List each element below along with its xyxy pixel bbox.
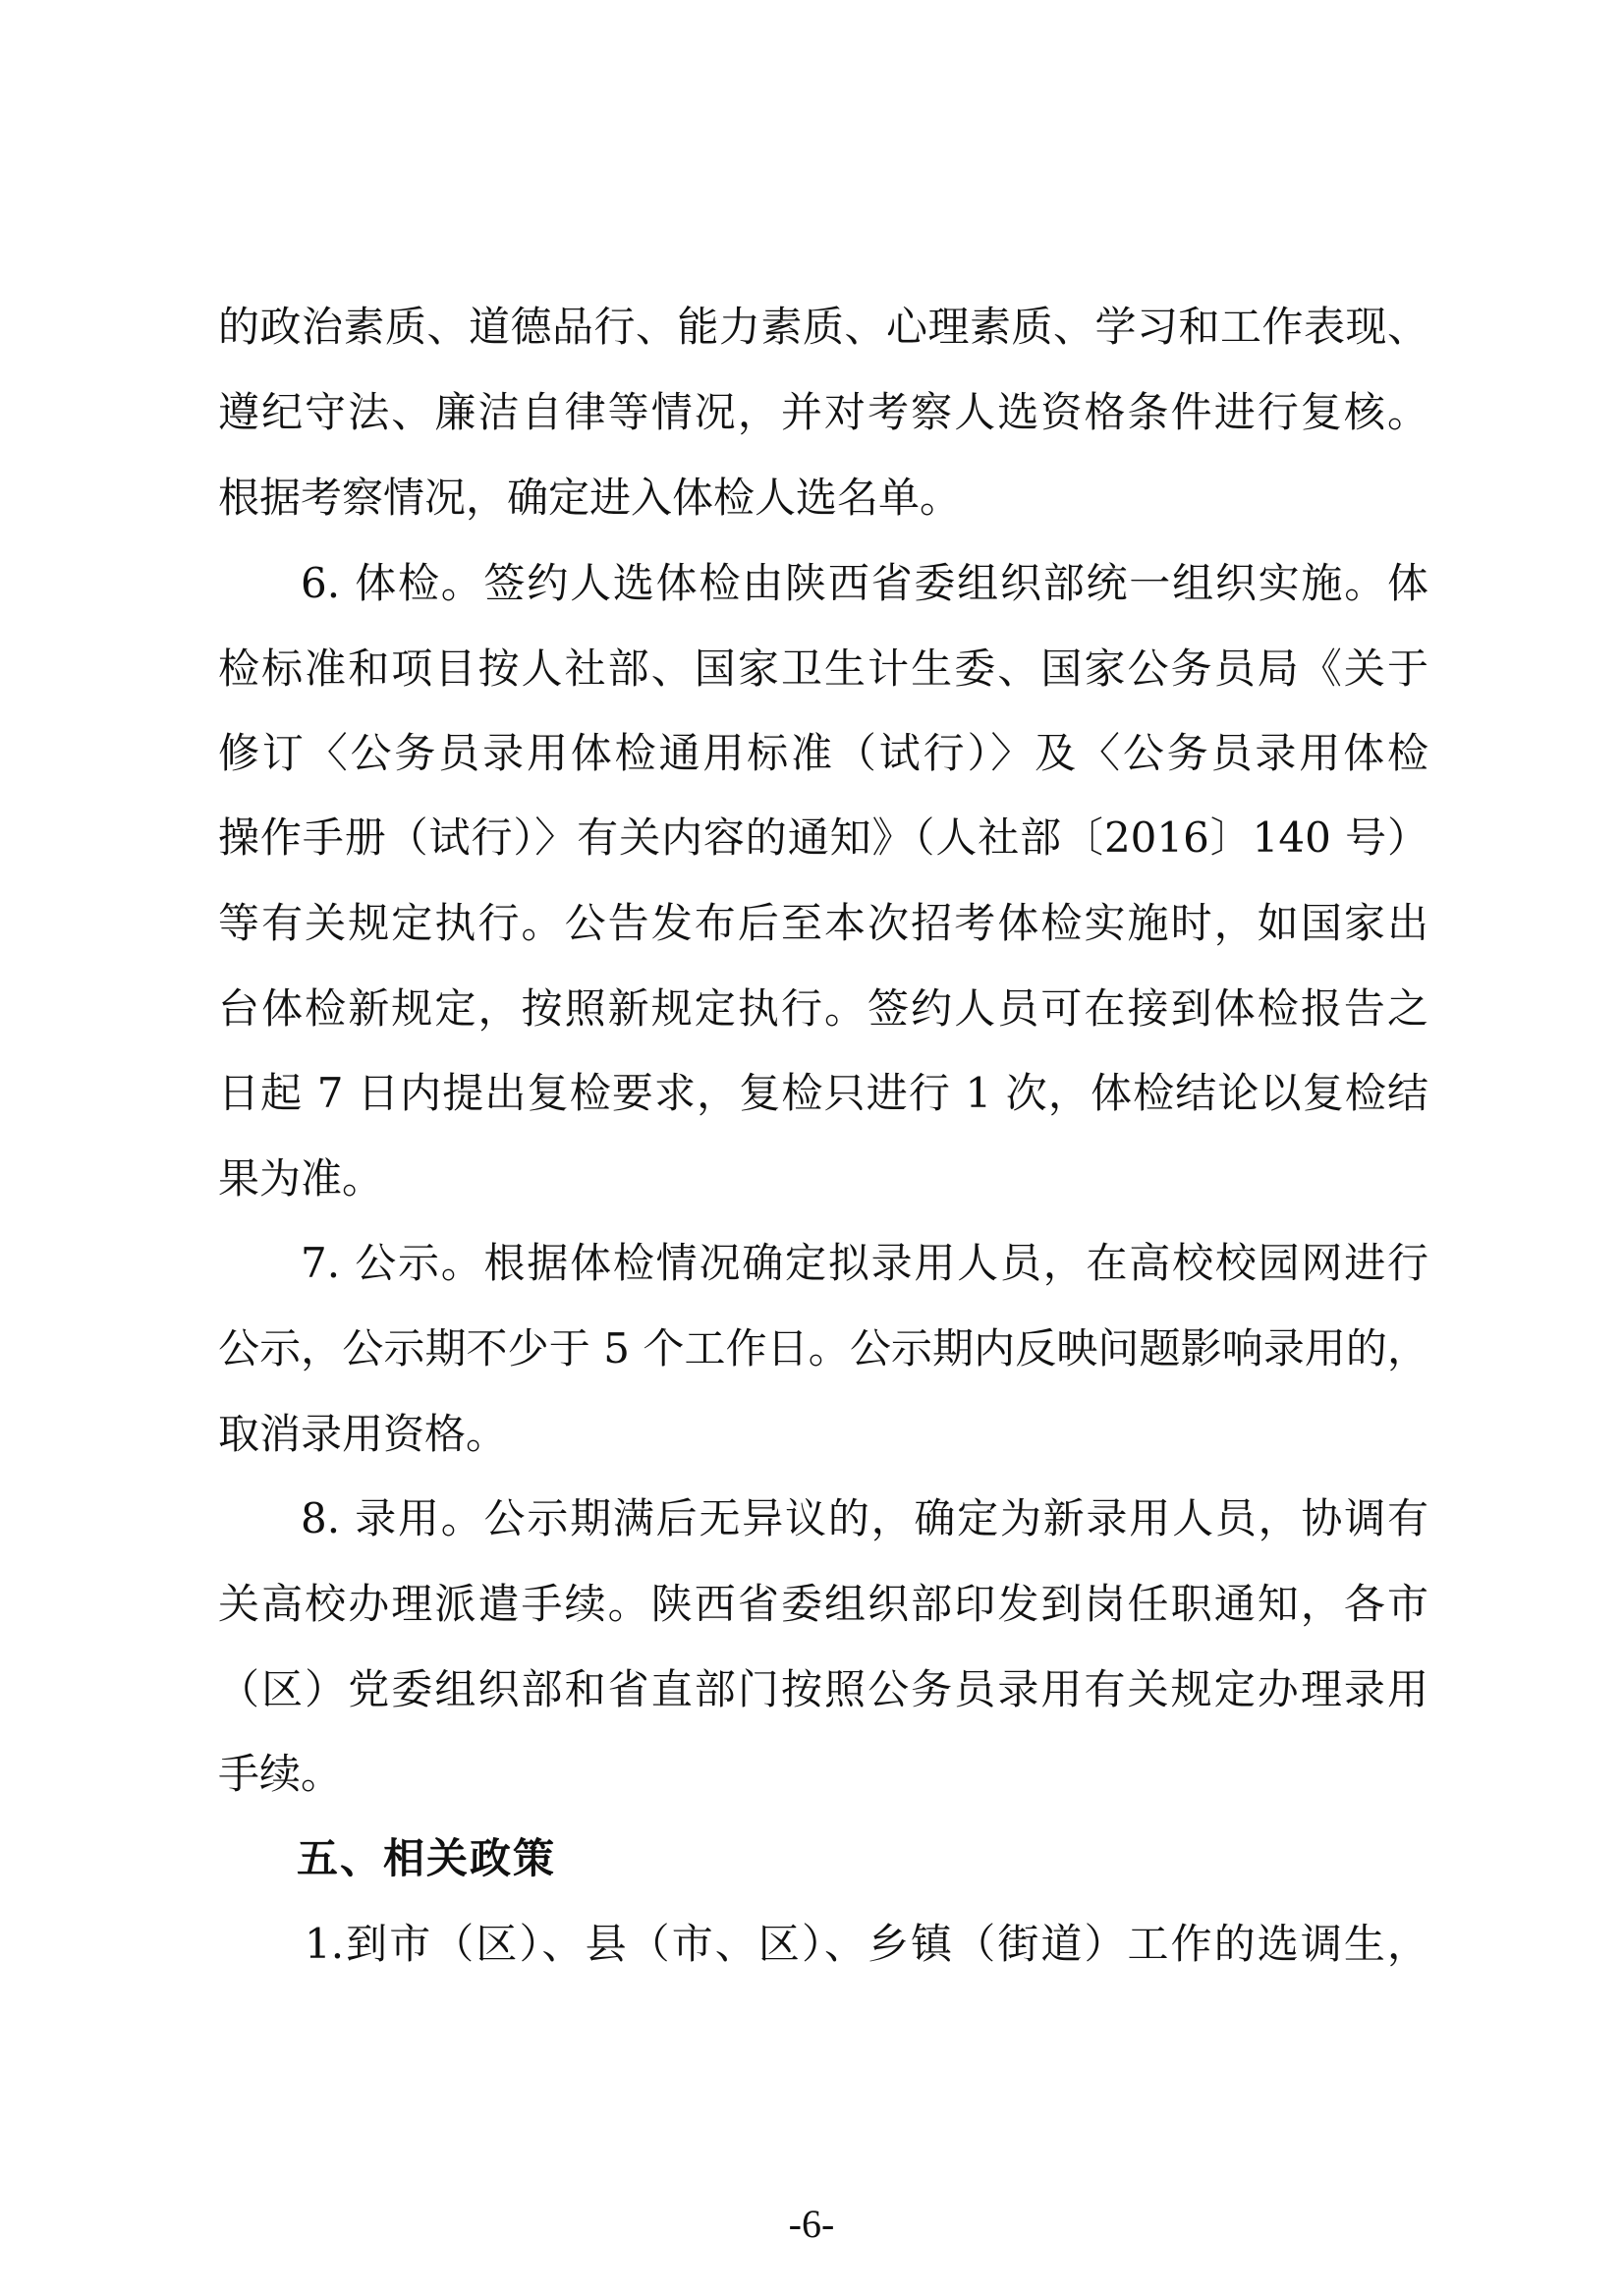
paragraph-line: 关高校办理派遣手续。陕西省委组织部印发到岗任职通知，各市 — [218, 1575, 1428, 1634]
paragraph-line: 果为准。 — [218, 1149, 1428, 1208]
paragraph-line: 取消录用资格。 — [218, 1405, 1428, 1464]
paragraph-line: 公示，公示期不少于 5 个工作日。公示期内反映问题影响录用的， — [218, 1319, 1428, 1378]
paragraph-line: 1.到市（区）、县（市、区）、乡镇（街道）工作的选调生， — [305, 1915, 1428, 1974]
paragraph-line: 台体检新规定，按照新规定执行。签约人员可在接到体检报告之 — [218, 980, 1428, 1038]
paragraph-line: 操作手册（试行）〉有关内容的通知》（人社部〔2016〕140 号） — [218, 809, 1428, 868]
section-heading: 五、相关政策 — [297, 1829, 556, 1888]
page-number: -6- — [0, 2201, 1623, 2247]
paragraph-line: （区）党委组织部和省直部门按照公务员录用有关规定办理录用 — [218, 1660, 1428, 1719]
paragraph-line: 遵纪守法、廉洁自律等情况，并对考察人选资格条件进行复核。 — [218, 383, 1428, 442]
paragraph-line: 修订〈公务员录用体检通用标准（试行）〉及〈公务员录用体检 — [218, 724, 1428, 783]
paragraph-line: 根据考察情况，确定进入体检人选名单。 — [218, 469, 1428, 528]
paragraph-line: 等有关规定执行。公告发布后至本次招考体检实施时，如国家出 — [218, 894, 1428, 953]
paragraph-line: 8. 录用。公示期满后无异议的，确定为新录用人员，协调有 — [301, 1489, 1428, 1548]
paragraph-line: 检标准和项目按人社部、国家卫生计生委、国家公务员局《关于 — [218, 640, 1428, 699]
document-page: 的政治素质、道德品行、能力素质、心理素质、学习和工作表现、 遵纪守法、廉洁自律等… — [0, 0, 1623, 2296]
paragraph-line: 的政治素质、道德品行、能力素质、心理素质、学习和工作表现、 — [218, 298, 1428, 357]
paragraph-line: 7. 公示。根据体检情况确定拟录用人员，在高校校园网进行 — [301, 1234, 1428, 1293]
paragraph-line: 6. 体检。签约人选体检由陕西省委组织部统一组织实施。体 — [301, 554, 1428, 613]
paragraph-line: 日起 7 日内提出复检要求，复检只进行 1 次，体检结论以复检结 — [218, 1064, 1428, 1123]
paragraph-line: 手续。 — [218, 1745, 1428, 1804]
